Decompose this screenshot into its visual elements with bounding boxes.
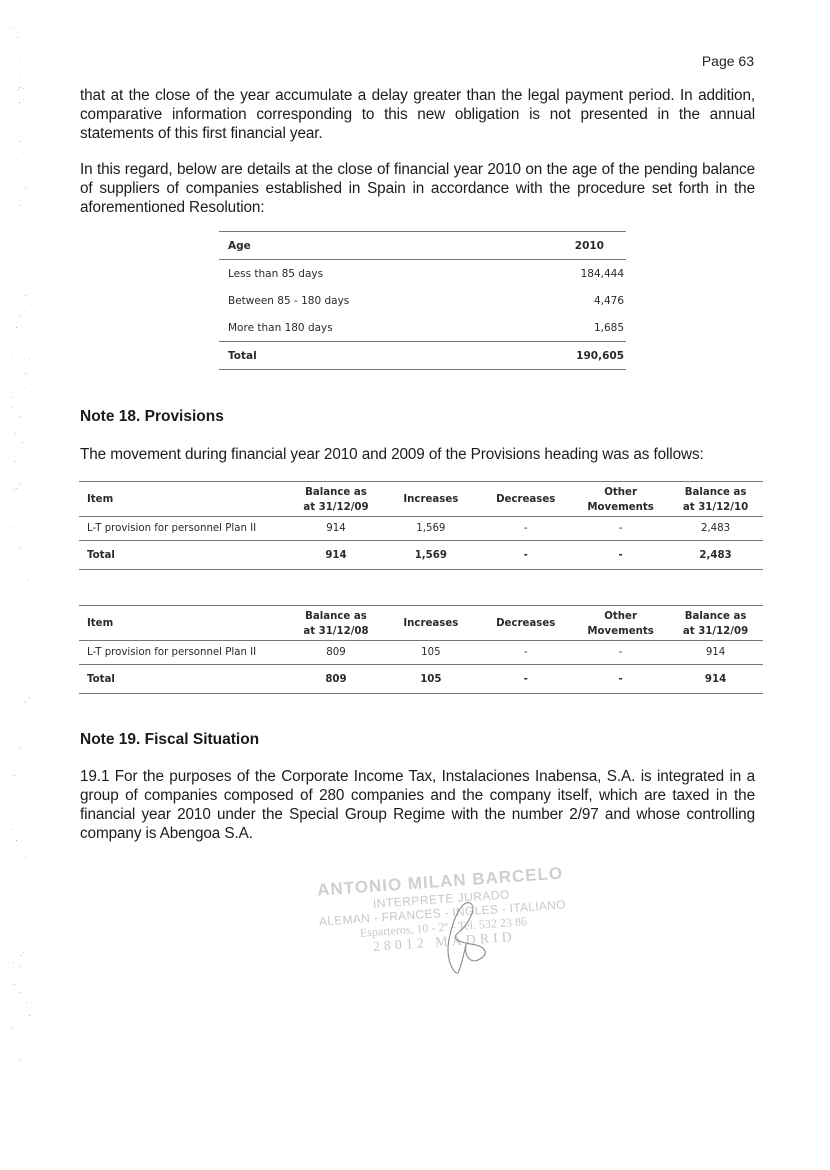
heading-note-19: Note 19. Fiscal Situation: [80, 731, 259, 749]
table-total-row: Total 809 105 - - 914: [79, 665, 763, 694]
cell-other: -: [573, 517, 668, 541]
cell-total-closing: 2,483: [668, 541, 763, 570]
row-value: 184,444: [499, 260, 626, 288]
paragraph-fiscal-situation: 19.1 For the purposes of the Corporate I…: [80, 767, 755, 843]
table-header-row: Item Balance asat 31/12/08 Increases Dec…: [79, 606, 763, 641]
cell-total-label: Total: [79, 541, 289, 570]
table-row: Between 85 - 180 days 4,476: [219, 287, 626, 314]
supplier-age-table: Age 2010 Less than 85 days 184,444 Betwe…: [219, 231, 626, 370]
column-header-item: Item: [79, 606, 289, 641]
row-label: More than 180 days: [219, 314, 499, 342]
paragraph-supplier-age: In this regard, below are details at the…: [80, 160, 755, 217]
column-header-closing-balance: Balance asat 31/12/09: [668, 606, 763, 641]
column-header-other-movements: OtherMovements: [573, 606, 668, 641]
header-line: at 31/12/10: [683, 502, 748, 513]
header-line: Balance as: [305, 487, 367, 498]
cell-increases: 105: [383, 641, 478, 665]
column-header-increases: Increases: [383, 606, 478, 641]
total-label: Total: [219, 342, 499, 370]
cell-total-decreases: -: [478, 541, 573, 570]
cell-total-other: -: [573, 541, 668, 570]
row-value: 4,476: [499, 287, 626, 314]
table-header-row: Age 2010: [219, 232, 626, 260]
table-row: L-T provision for personnel Plan II 914 …: [79, 517, 763, 541]
cell-item: L-T provision for personnel Plan II: [79, 517, 289, 541]
cell-decreases: -: [478, 517, 573, 541]
column-header-decreases: Decreases: [478, 482, 573, 517]
cell-other: -: [573, 641, 668, 665]
column-header-closing-balance: Balance asat 31/12/10: [668, 482, 763, 517]
header-line: Other: [604, 487, 637, 498]
table-total-row: Total 190,605: [219, 342, 626, 370]
cell-total-opening: 809: [289, 665, 384, 694]
header-line: at 31/12/08: [303, 626, 368, 637]
paragraph-intro-continuation: that at the close of the year accumulate…: [80, 86, 755, 143]
row-label: Between 85 - 180 days: [219, 287, 499, 314]
cell-closing: 914: [668, 641, 763, 665]
table-total-row: Total 914 1,569 - - 2,483: [79, 541, 763, 570]
header-line: at 31/12/09: [303, 502, 368, 513]
column-header-other-movements: OtherMovements: [573, 482, 668, 517]
header-line: Balance as: [685, 611, 747, 622]
cell-opening: 809: [289, 641, 384, 665]
cell-total-label: Total: [79, 665, 289, 694]
row-label: Less than 85 days: [219, 260, 499, 288]
table-row: L-T provision for personnel Plan II 809 …: [79, 641, 763, 665]
column-header-opening-balance: Balance asat 31/12/09: [289, 482, 384, 517]
row-value: 1,685: [499, 314, 626, 342]
column-header-2010: 2010: [499, 232, 626, 260]
cell-increases: 1,569: [383, 517, 478, 541]
header-line: Balance as: [685, 487, 747, 498]
cell-total-increases: 105: [383, 665, 478, 694]
table-row: Less than 85 days 184,444: [219, 260, 626, 288]
provisions-table-2010: Item Balance asat 31/12/09 Increases Dec…: [79, 481, 763, 570]
cell-total-increases: 1,569: [383, 541, 478, 570]
cell-total-other: -: [573, 665, 668, 694]
column-header-opening-balance: Balance asat 31/12/08: [289, 606, 384, 641]
paragraph-provisions: The movement during financial year 2010 …: [80, 445, 755, 464]
cell-closing: 2,483: [668, 517, 763, 541]
table-header-row: Item Balance asat 31/12/09 Increases Dec…: [79, 482, 763, 517]
cell-total-closing: 914: [668, 665, 763, 694]
cell-total-opening: 914: [289, 541, 384, 570]
page-number: Page 63: [702, 53, 754, 69]
header-line: Balance as: [305, 611, 367, 622]
header-line: Movements: [587, 502, 653, 513]
table-row: More than 180 days 1,685: [219, 314, 626, 342]
header-line: Movements: [587, 626, 653, 637]
header-line: at 31/12/09: [683, 626, 748, 637]
cell-item: L-T provision for personnel Plan II: [79, 641, 289, 665]
heading-note-18: Note 18. Provisions: [80, 408, 224, 426]
cell-opening: 914: [289, 517, 384, 541]
column-header-decreases: Decreases: [478, 606, 573, 641]
column-header-item: Item: [79, 482, 289, 517]
cell-decreases: -: [478, 641, 573, 665]
column-header-increases: Increases: [383, 482, 478, 517]
cell-total-decreases: -: [478, 665, 573, 694]
provisions-table-2009: Item Balance asat 31/12/08 Increases Dec…: [79, 605, 763, 694]
total-value: 190,605: [499, 342, 626, 370]
signature-icon: [418, 895, 508, 975]
column-header-age: Age: [219, 232, 499, 260]
header-line: Other: [604, 611, 637, 622]
